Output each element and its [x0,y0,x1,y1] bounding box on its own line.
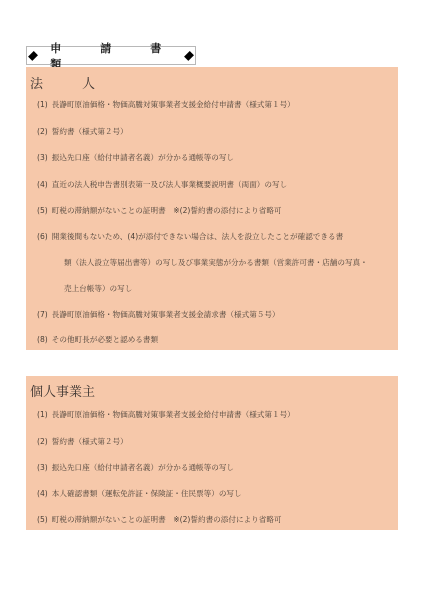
document-title-box: 申 請 書 類 [26,46,196,65]
list-item: (3)振込先口座（給付申請者名義）が分かる通帳等の写し [37,152,234,163]
list-item: (1)長瀞町原油価格・物価高騰対策事業者支援金給付申請書（様式第１号） [37,99,295,110]
list-item: (4)本人確認書類（運転免許証・保険証・住民票等）の写し [37,488,242,499]
list-item: (5)町税の滞納額がないことの証明書 ※(2)誓約書の添付により省略可 [37,205,282,216]
section-corporation: 法 人 (1)長瀞町原油価格・物価高騰対策事業者支援金給付申請書（様式第１号） … [26,67,398,350]
list-item: (8)その他町長が必要と認める書類 [37,334,158,345]
list-item: (4)直近の法人税申告書別表第一及び法人事業概要説明書（両面）の写し [37,179,287,190]
list-item: (2)誓約書（様式第２号） [37,126,128,137]
list-item-continuation: 売上台帳等）の写し [64,283,132,294]
list-item: (7)長瀞町原油価格・物価高騰対策事業者支援金請求書（様式第５号） [37,309,280,320]
list-item: (2)誓約書（様式第２号） [37,436,128,447]
list-item: (3)振込先口座（給付申請者名義）が分かる通帳等の写し [37,462,234,473]
section-individual: 個人事業主 (1)長瀞町原油価格・物価高騰対策事業者支援金給付申請書（様式第１号… [26,376,398,530]
list-item: (1)長瀞町原油価格・物価高騰対策事業者支援金給付申請書（様式第１号） [37,409,295,420]
list-item: (6)開業後間もないため、(4)が添付できない場合は、法人を設立したことが確認で… [37,231,343,242]
section-title: 法 人 [30,73,95,92]
list-item: (5)町税の滞納額がないことの証明書 ※(2)誓約書の添付により省略可 [37,514,282,525]
list-item-continuation: 類（法人設立等届出書等）の写し及び事業実態が分かる書類（営業許可書・店舗の写真・ [64,257,368,268]
diamond-bullet-icon [28,50,38,60]
section-title: 個人事業主 [30,381,95,400]
